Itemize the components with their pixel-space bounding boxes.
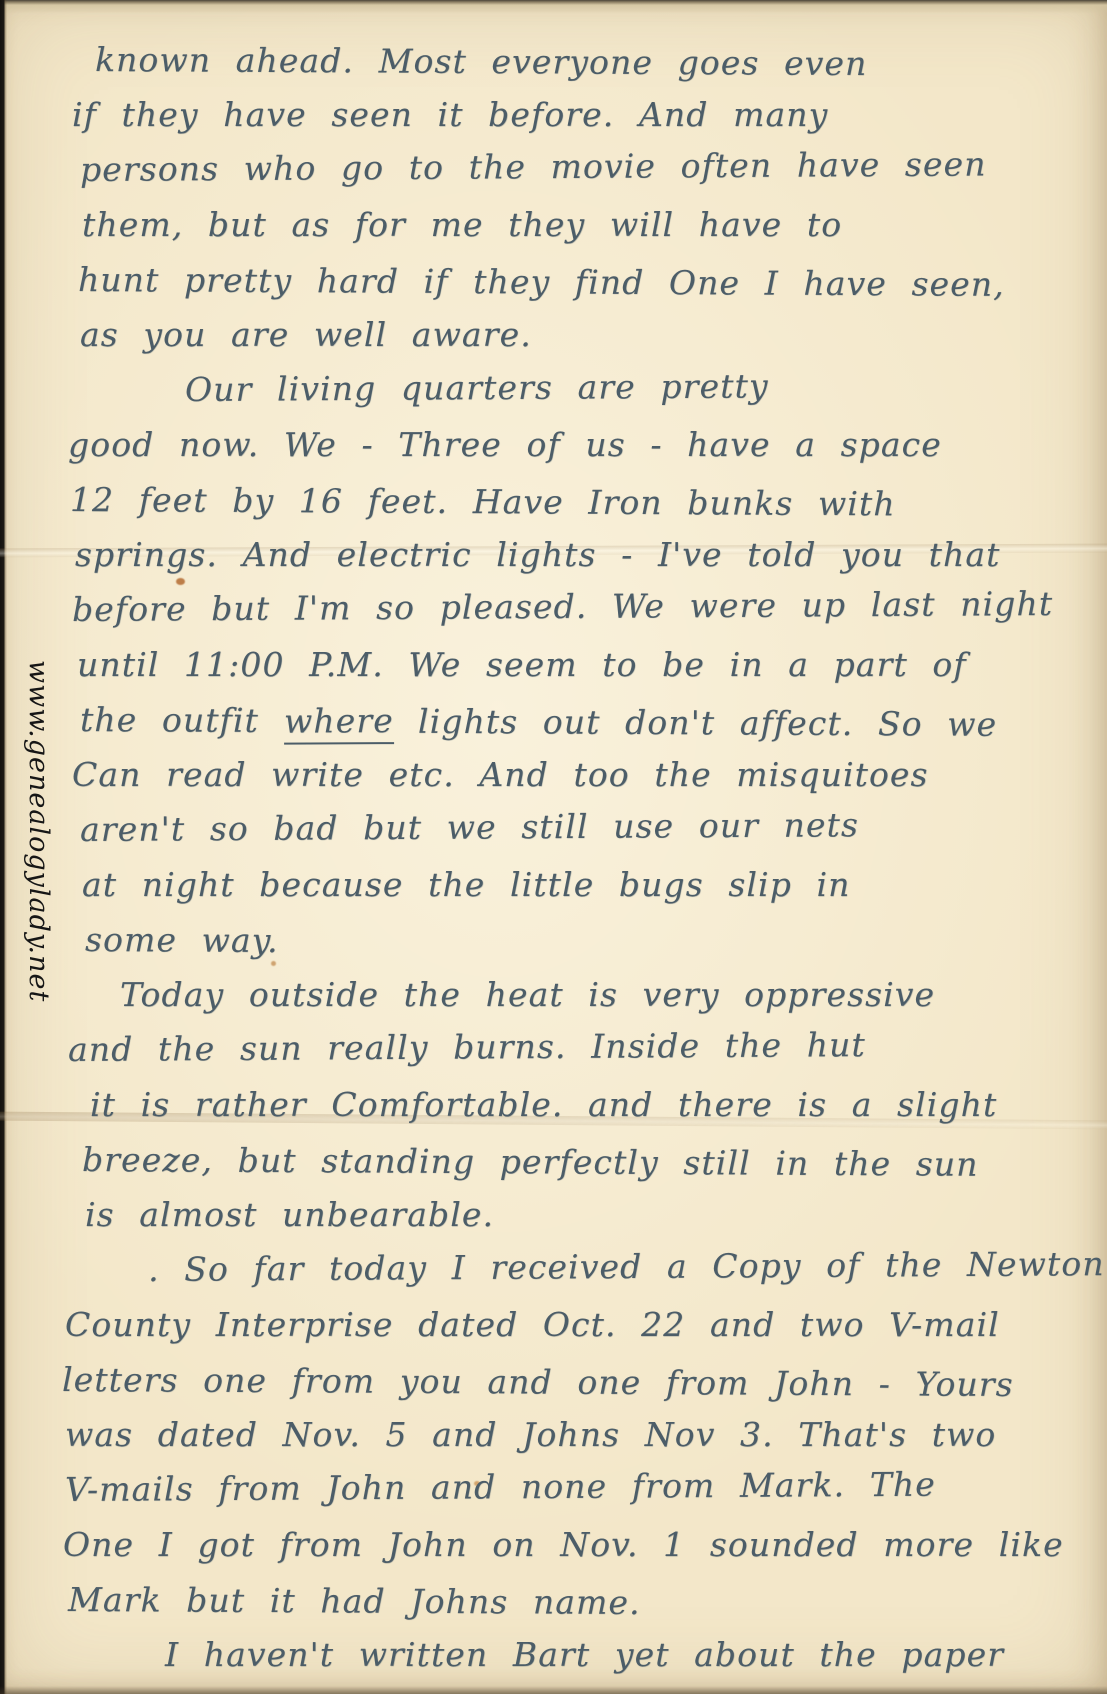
letter-line: springs. And electric lights - I've told… <box>75 527 1073 582</box>
scanned-letter-page: www.genealogylady.net known ahead. Most … <box>0 0 1107 1694</box>
letter-line: at night because the little bugs slip in <box>82 857 1073 912</box>
letter-line: and the sun really burns. Inside the hut <box>68 1016 1073 1077</box>
scan-bottom-edge <box>0 1686 1107 1694</box>
letter-line: them, but as for me they will have to <box>82 197 1073 252</box>
letter-line: One I got from John on Nov. 1 sounded mo… <box>63 1517 1073 1572</box>
watermark: www.genealogylady.net <box>12 660 56 1040</box>
letter-line: if they have seen it before. And many <box>72 87 1073 142</box>
scan-top-edge <box>0 0 1107 14</box>
letter-line: aren't so bad but we still use our nets <box>80 796 1073 857</box>
letter-line: good now. We - Three of us - have a spac… <box>68 417 1073 472</box>
letter-line: 12 feet by 16 feet. Have Iron bunks with <box>70 472 1073 532</box>
letter-line: is almost unbearable. <box>85 1187 1073 1242</box>
letter-line: Our living quarters are pretty <box>185 357 1073 417</box>
scan-left-edge <box>0 0 7 1694</box>
letter-line: before but I'm so pleased. We were up la… <box>72 576 1073 637</box>
letter-lines: known ahead. Most everyone goes evenif t… <box>60 32 1073 1682</box>
letter-line: I haven't written Bart yet about the pap… <box>165 1627 1073 1682</box>
underlined-word: where <box>283 701 393 745</box>
letter-line: was dated Nov. 5 and Johns Nov 3. That's… <box>65 1407 1073 1462</box>
watermark-text: www.genealogylady.net <box>23 660 54 1002</box>
letter-line: hunt pretty hard if they find One I have… <box>78 252 1073 312</box>
letter-line: the outfit where lights out don't affect… <box>80 692 1073 752</box>
letter-line: Can read write etc. And too the misquito… <box>72 747 1073 802</box>
letter-line: as you are well aware. <box>80 307 1073 362</box>
letter-line: letters one from you and one from John -… <box>62 1352 1073 1412</box>
letter-line: it is rather Comfortable. and there is a… <box>90 1077 1073 1132</box>
letter-line: V-mails from John and none from Mark. Th… <box>65 1456 1073 1517</box>
letter-line: some way. <box>85 912 1073 972</box>
letter-line: . So far today I received a Copy of the … <box>148 1236 1073 1297</box>
letter-line: until 11:00 P.M. We seem to be in a part… <box>77 637 1073 692</box>
letter-line: Today outside the heat is very oppressiv… <box>120 967 1073 1022</box>
letter-line: breeze, but standing perfectly still in … <box>82 1132 1073 1192</box>
letter-line: County Interprise dated Oct. 22 and two … <box>65 1297 1073 1352</box>
letter-line: known ahead. Most everyone goes even <box>95 32 1073 92</box>
letter-line: persons who go to the movie often have s… <box>80 136 1073 197</box>
letter-line: Mark but it had Johns name. <box>68 1572 1073 1632</box>
